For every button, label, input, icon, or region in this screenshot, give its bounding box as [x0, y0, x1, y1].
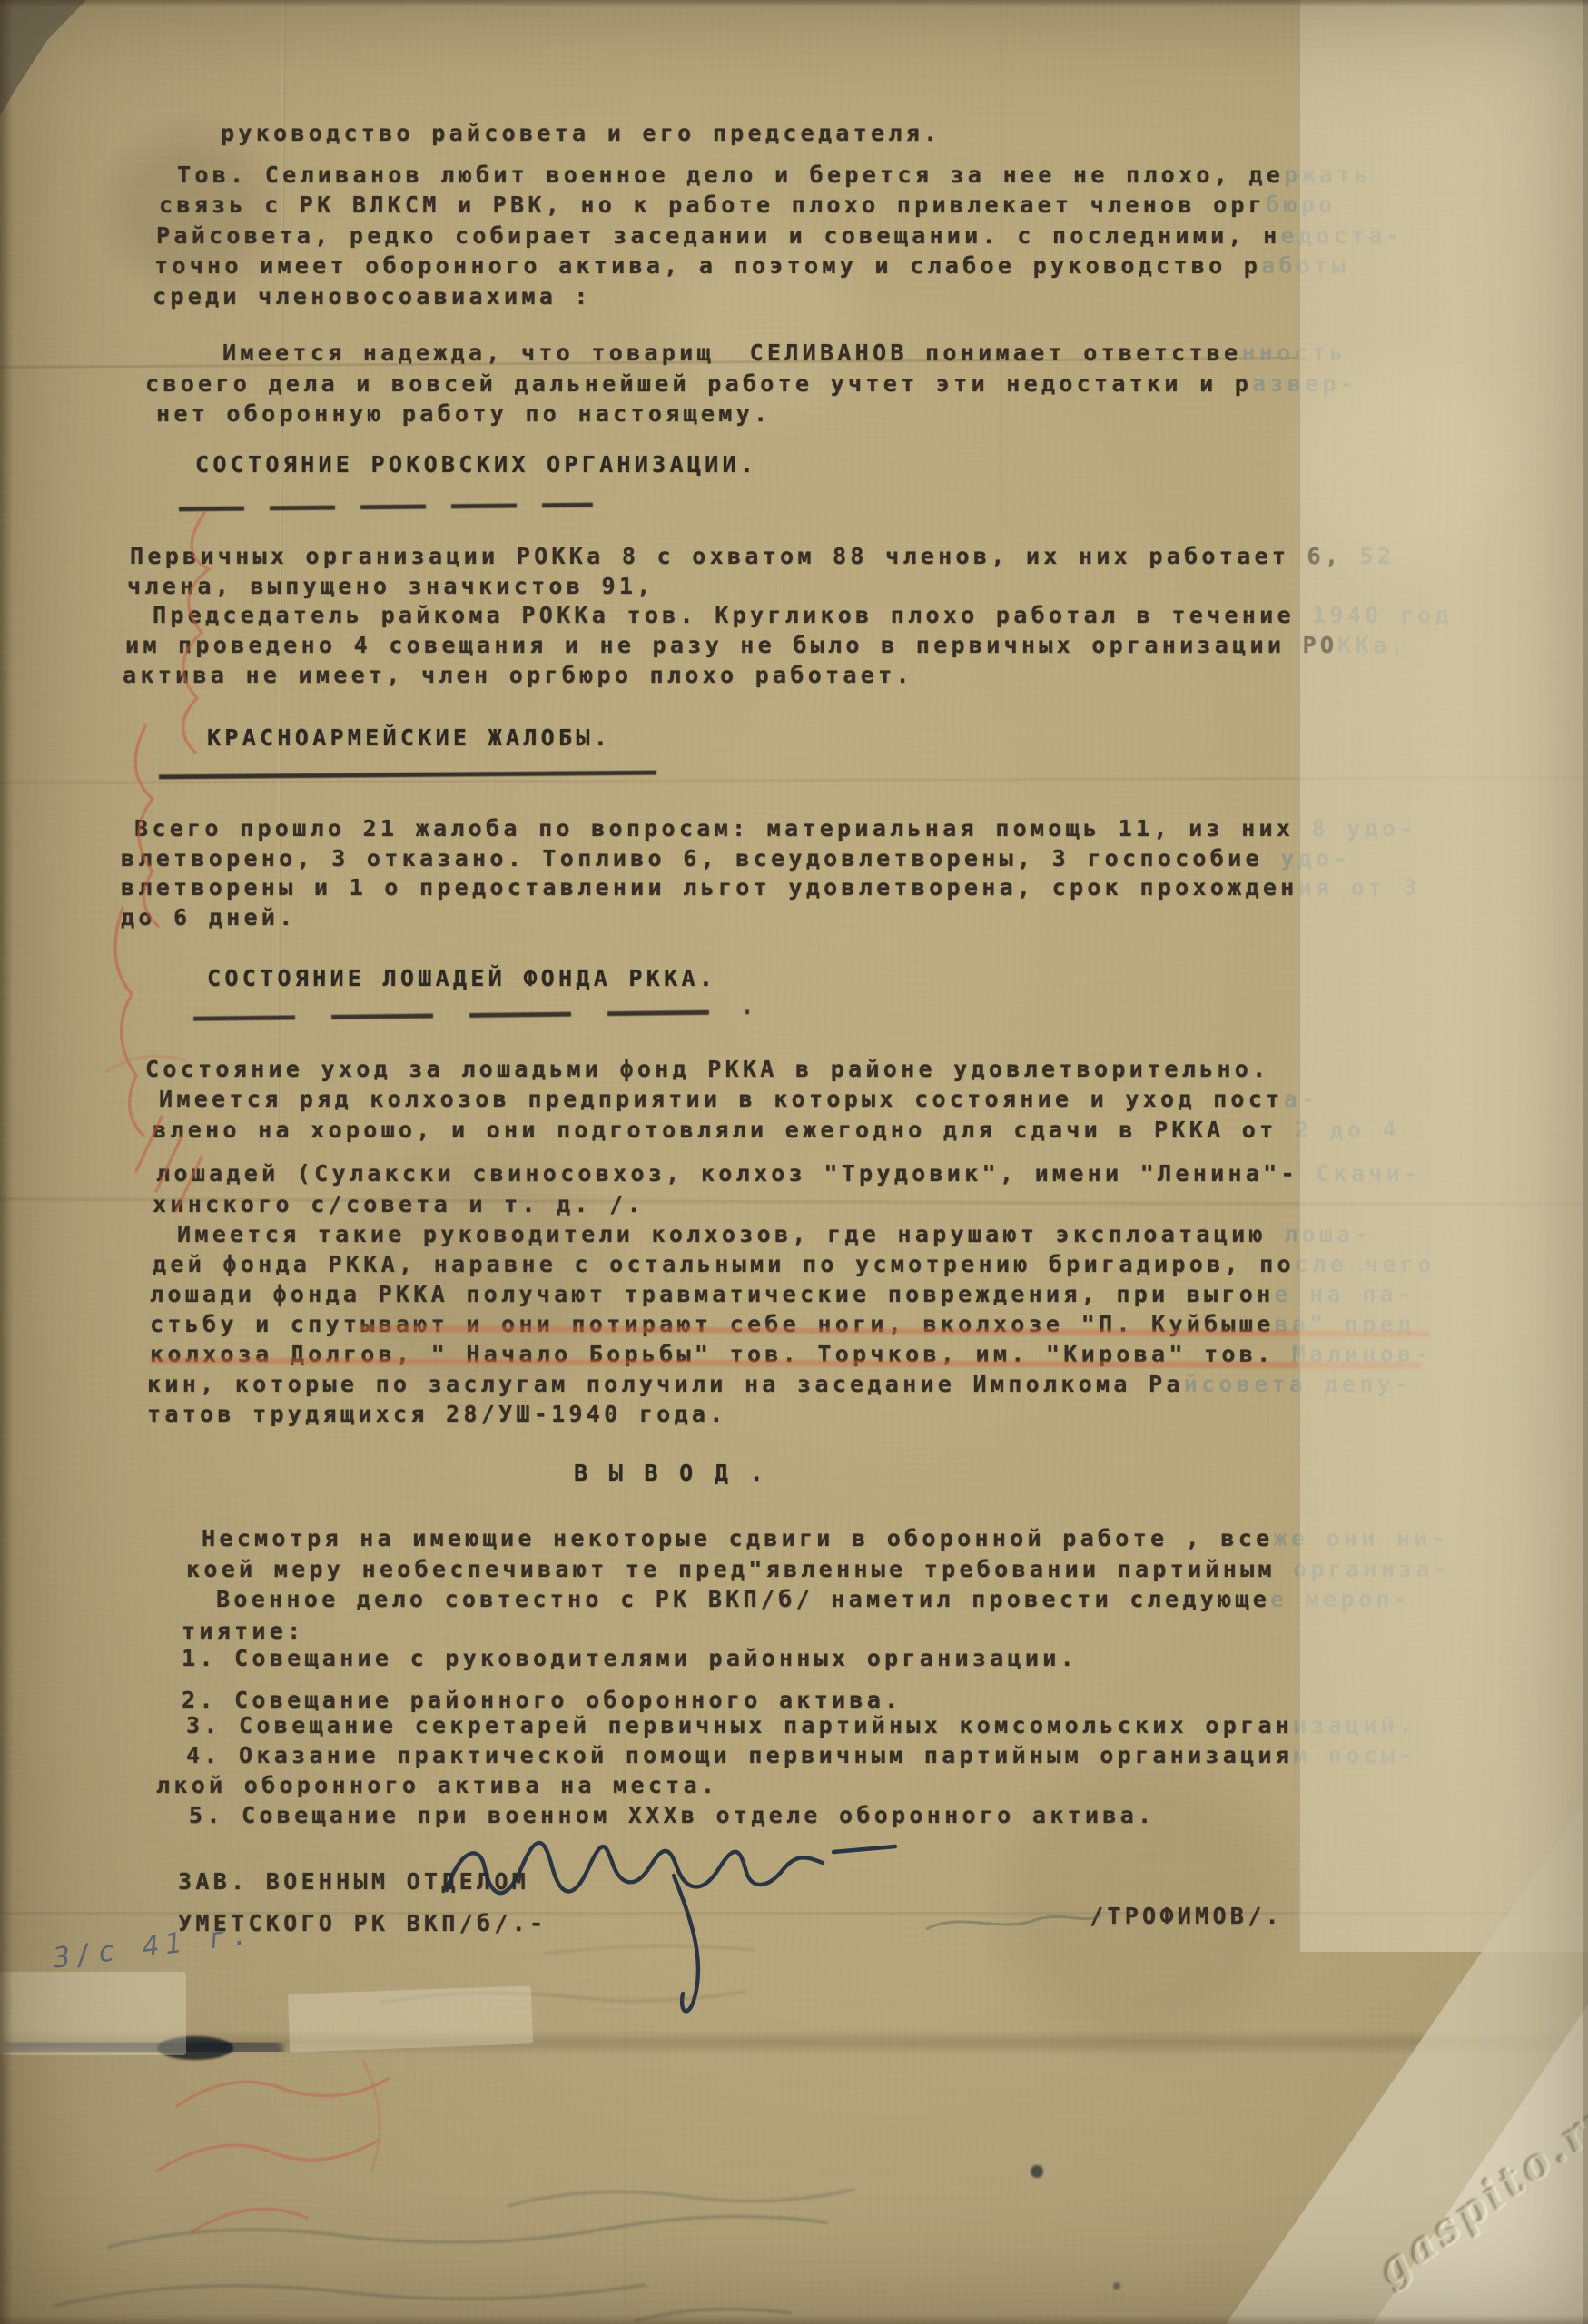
typed-line: лошади фонда РККА получают травматически…: [150, 1281, 1415, 1307]
typed-line: им проведено 4 совещания и не разу не бы…: [125, 632, 1408, 658]
typed-line: Имеется надежда, что товарищ СЕЛИВАНОВ п…: [222, 340, 1346, 366]
red-pencil-marginalia-bottom: [156, 2061, 388, 2231]
typed-line: хинского с/совета и т. д. /.: [153, 1191, 645, 1217]
typed-line-tail: сле чего: [1295, 1251, 1435, 1277]
ink-smudge: [5, 2036, 1120, 2290]
typed-line: члена, выпущено значкистов 91,: [127, 573, 655, 599]
archival-pencil-note: 3/с 41 г.: [52, 1918, 256, 1975]
typed-line: колхоза Долгов, " Начало Борьбы" тов. То…: [150, 1341, 1433, 1367]
document-scan: руководство райсовета и его председателя…: [0, 0, 1588, 2324]
typed-line-tail: 1940 год: [1295, 602, 1453, 628]
page-edge-left: [0, 0, 13, 2324]
typed-line: лошадей (Сулакски свиносовхоз, колхоз "Т…: [156, 1160, 1421, 1187]
section-heading-vyvod: В Ы В О Д .: [574, 1460, 767, 1486]
list-item-continuation: лкой оборонного актива на места.: [156, 1772, 718, 1798]
typed-line: влено на хорошо, и они подготовляли ежег…: [153, 1117, 1400, 1143]
typed-line: влетворены и 1 о предоставлении льгот уд…: [121, 874, 1421, 901]
typed-line-intro: руководство райсовета и его председателя…: [221, 120, 941, 146]
typed-line: кин, которые по заслугам получили на зас…: [147, 1371, 1412, 1397]
fold-shadow-band: [0, 2030, 1588, 2055]
typed-line-tail: ржать: [1284, 162, 1372, 188]
pencil-flourish: [926, 1915, 1100, 1929]
typed-line: Первичных организации РОККа 8 с охватом …: [130, 543, 1395, 569]
page-edge-top: [0, 0, 1588, 7]
typed-line: до 6 дней.: [121, 904, 297, 931]
typed-line: точно имеет оборонного актива, а поэтому…: [154, 252, 1349, 279]
signature-title-line1: ЗАВ. ВОЕННЫМ ОТДЕЛОМ: [178, 1868, 529, 1895]
heading-underline: [159, 771, 656, 780]
backing-paper-corner: [1226, 1797, 1588, 2324]
signature-name: /ТРОФИМОВ/.: [1090, 1903, 1283, 1929]
typed-line: Имеется ряд колхозов предприятии в котор…: [159, 1086, 1318, 1112]
typed-line: татов трудящихся 28/УШ-1940 года.: [147, 1401, 727, 1427]
typed-line: Военное дело совтестно с РК ВКП/б/ намет…: [216, 1586, 1411, 1612]
typed-line-tail: Скачи-: [1298, 1160, 1421, 1187]
crease-horizontal-2: [0, 776, 1588, 784]
section-heading-zhaloby: КРАСНОАРМЕЙСКИЕ ЖАЛОБЫ.: [207, 724, 611, 751]
list-item: 5. Совещание при военном ХХХв отделе обо…: [189, 1802, 1155, 1828]
typed-line: связь с РК ВЛКСМ и РВК, но к работе плох…: [159, 192, 1336, 218]
list-item: 3. Совещание секретарей первичных партий…: [186, 1712, 1416, 1738]
tape-patch: [0, 1972, 186, 2055]
typed-line: нет оборонную работу по настоящему.: [156, 400, 771, 427]
typed-line-tail: Малинов-: [1274, 1341, 1432, 1367]
crease-vertical-bottom: [625, 1452, 626, 2324]
heading-underline: [193, 1009, 749, 1020]
list-item: 1. Совещание с руководителями районных о…: [182, 1645, 1078, 1671]
typed-line: коей меру необеспечивают те пред"явленны…: [186, 1556, 1451, 1582]
page-edge-right: [1583, 0, 1588, 2324]
typed-line-tail: ККа,: [1337, 632, 1407, 658]
heading-underline: [179, 503, 593, 512]
top-right-tape-corner: [1471, 0, 1588, 109]
typed-line-tail: бюро: [1266, 192, 1336, 218]
typed-line: влетворено, 3 отказано. Топливо 6, всеуд…: [121, 845, 1351, 871]
typed-line: Имеется такие руководители колхозов, где…: [177, 1221, 1372, 1247]
list-item: 4. Оказание практической помощи первичны…: [186, 1742, 1416, 1768]
typed-line-tail: ия от 3: [1298, 874, 1421, 901]
typed-line-tail: аботы: [1261, 252, 1349, 279]
repair-tape-strip: [1298, 0, 1588, 1952]
typed-line-tail: изаций.: [1293, 1712, 1415, 1738]
section-heading-loshadi: СОСТОЯНИЕ ЛОШАДЕЙ ФОНДА РККА.: [207, 965, 716, 991]
typed-line: тиятие:: [182, 1618, 304, 1644]
typed-line: своего дела и вовсей дальнейшей работе у…: [145, 370, 1357, 397]
typed-line-tail: едоста-: [1280, 222, 1403, 249]
typed-line-tail: йсовета депу-: [1184, 1371, 1413, 1397]
typed-line: Тов. Селиванов любит военное дело и бере…: [177, 162, 1372, 188]
typed-line: дей фонда РККА, наравне с остальными по …: [153, 1251, 1435, 1277]
typed-line: Состояние уход за лошадьми фонд РККА в р…: [145, 1056, 1269, 1082]
list-item: 2. Совещание районного оборонного актива…: [182, 1687, 902, 1713]
typed-line: Несмотря на имеющие некоторые сдвиги в о…: [202, 1525, 1449, 1551]
typed-line-tail: ва" пред: [1274, 1311, 1415, 1337]
typed-line-tail: е на па-: [1274, 1281, 1415, 1307]
typed-line: стьбу и спутывают и они потирают себе но…: [150, 1311, 1415, 1337]
typed-line-tail: же они ни-: [1273, 1525, 1449, 1551]
section-heading-rokk: СОСТОЯНИЕ РОКОВСКИХ ОРГАНИЗАЦИИ.: [195, 451, 757, 478]
backing-paper-corner-light: [1326, 1961, 1588, 2324]
tape-patch: [288, 1985, 533, 2052]
typed-line-tail: 2 до 4: [1277, 1117, 1399, 1143]
typed-line: актива не имеет, член оргбюро плохо рабо…: [123, 662, 913, 688]
typed-line-tail: удо-: [1263, 845, 1351, 871]
typed-line: Всего прошло 21 жалоба по вопросам: мате…: [134, 815, 1417, 842]
typed-line-tail: нность: [1241, 340, 1346, 366]
bleed-through-handwriting: [54, 1946, 853, 2320]
typed-line: Председатель райкома РОККа тов. Круглико…: [153, 602, 1453, 628]
typed-line-tail: лоша-: [1267, 1221, 1372, 1247]
typed-line-tail: м посы-: [1293, 1742, 1415, 1768]
typed-line-tail: организа-: [1276, 1556, 1452, 1582]
typed-line-tail: азвер-: [1252, 370, 1357, 397]
typed-line-tail: е мероп-: [1270, 1586, 1411, 1612]
archive-watermark: gaspito.ru: [1367, 2086, 1588, 2296]
typed-line: Райсовета, редко собирает заседании и со…: [156, 222, 1404, 249]
typed-line-tail: 52: [1342, 543, 1395, 569]
torn-corner-top-left: [0, 0, 91, 118]
typed-line: среди членовосоавиахима :: [153, 283, 592, 310]
typed-line-tail: а-: [1283, 1086, 1318, 1112]
typed-line-tail: 8 удо-: [1294, 815, 1416, 842]
typed-text: руководство райсовета и его председателя…: [221, 120, 941, 146]
page-edge-bottom: [0, 2315, 1588, 2324]
